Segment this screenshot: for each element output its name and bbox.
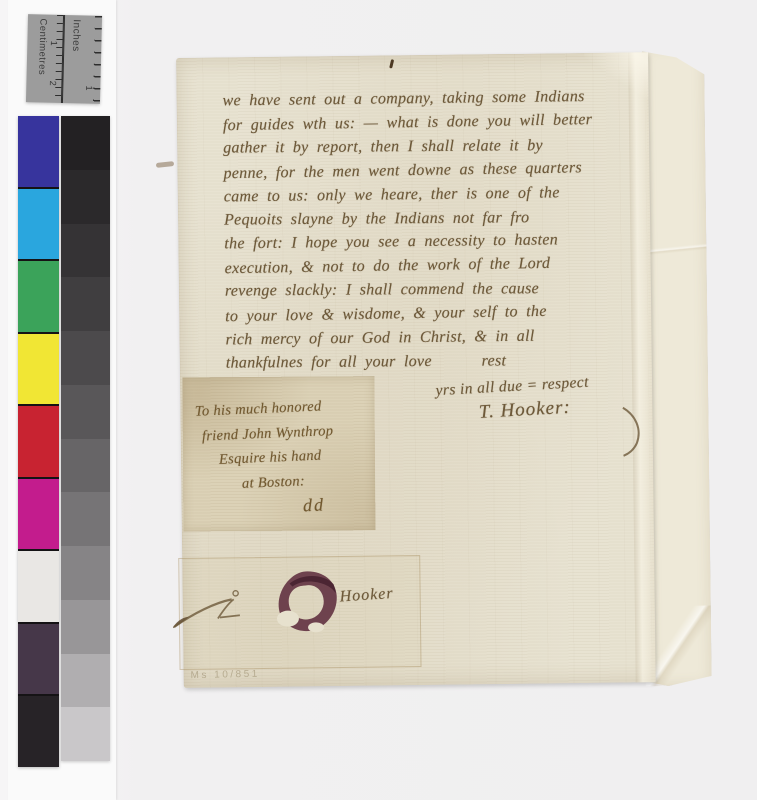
ruler-inch-number-1: 1	[84, 86, 94, 91]
manuscript-line: Pequoits slayne by the Indians not far f…	[224, 205, 594, 232]
address-delivery-mark: dd	[302, 492, 336, 518]
signature-flourish-icon	[615, 404, 652, 458]
manuscript-line: thankfulnes for all your love rest	[226, 349, 596, 376]
color-patch-dark-violet	[18, 624, 59, 695]
gray-step	[61, 170, 110, 224]
gray-step	[61, 331, 110, 385]
ruler-cm-number-1: 1	[49, 41, 59, 46]
color-calibration-strip	[18, 116, 59, 767]
ruler-card: Centimetres 1 2 Inches 1	[26, 14, 102, 104]
pencil-catalog-mark: Ms 10/851	[191, 669, 260, 681]
manuscript-document: we have sent out a company, taking some …	[176, 46, 712, 692]
corner-fold-highlight	[584, 52, 649, 99]
gray-step	[61, 277, 110, 331]
ruler-cm-ticks: 1 2	[46, 15, 64, 103]
grayscale-step-wedge	[61, 116, 110, 761]
signature-block: yrs in all due = respect T. Hooker:	[435, 374, 591, 426]
gray-step	[61, 439, 110, 493]
address-text-block: To his much honored friend John Wynthrop…	[194, 394, 336, 522]
margin-ink-smudge	[156, 161, 174, 168]
color-patch-red	[18, 406, 59, 477]
color-patch-yellow	[18, 334, 59, 405]
color-patch-white	[18, 551, 59, 622]
gray-step	[61, 224, 110, 278]
color-patch-green	[18, 261, 59, 332]
gray-step	[61, 600, 110, 654]
wax-seal-icon	[271, 569, 344, 636]
gray-step	[61, 654, 110, 708]
color-patch-cyan	[18, 189, 59, 260]
gray-step	[61, 546, 110, 600]
ruler-cm-number-2: 2	[48, 81, 58, 86]
manuscript-line: rich mercy of our God in Christ, & in al…	[225, 324, 595, 352]
ruler-centimetres-label: Centimetres	[26, 14, 49, 102]
ink-flourish-icon	[170, 586, 257, 637]
ruler-inches-label: Inches	[62, 15, 82, 103]
docket-name: Hooker	[339, 585, 394, 606]
fold-crease	[644, 236, 706, 263]
scan-canvas: Centimetres 1 2 Inches 1	[0, 0, 757, 800]
docket-slip: Hooker	[178, 555, 421, 670]
color-patch-magenta	[18, 479, 59, 550]
gray-step	[61, 492, 110, 546]
gray-step	[61, 385, 110, 439]
color-patch-black	[18, 696, 59, 767]
manuscript-text-block: we have sent out a company, taking some …	[222, 85, 595, 376]
ruler-inch-ticks: 1	[80, 15, 102, 103]
color-patch-navy-blue	[18, 116, 59, 187]
address-slip: To his much honored friend John Wynthrop…	[182, 376, 375, 531]
gray-step	[61, 707, 110, 761]
gray-step	[61, 116, 110, 170]
address-line: Esquire his hand	[218, 443, 334, 472]
